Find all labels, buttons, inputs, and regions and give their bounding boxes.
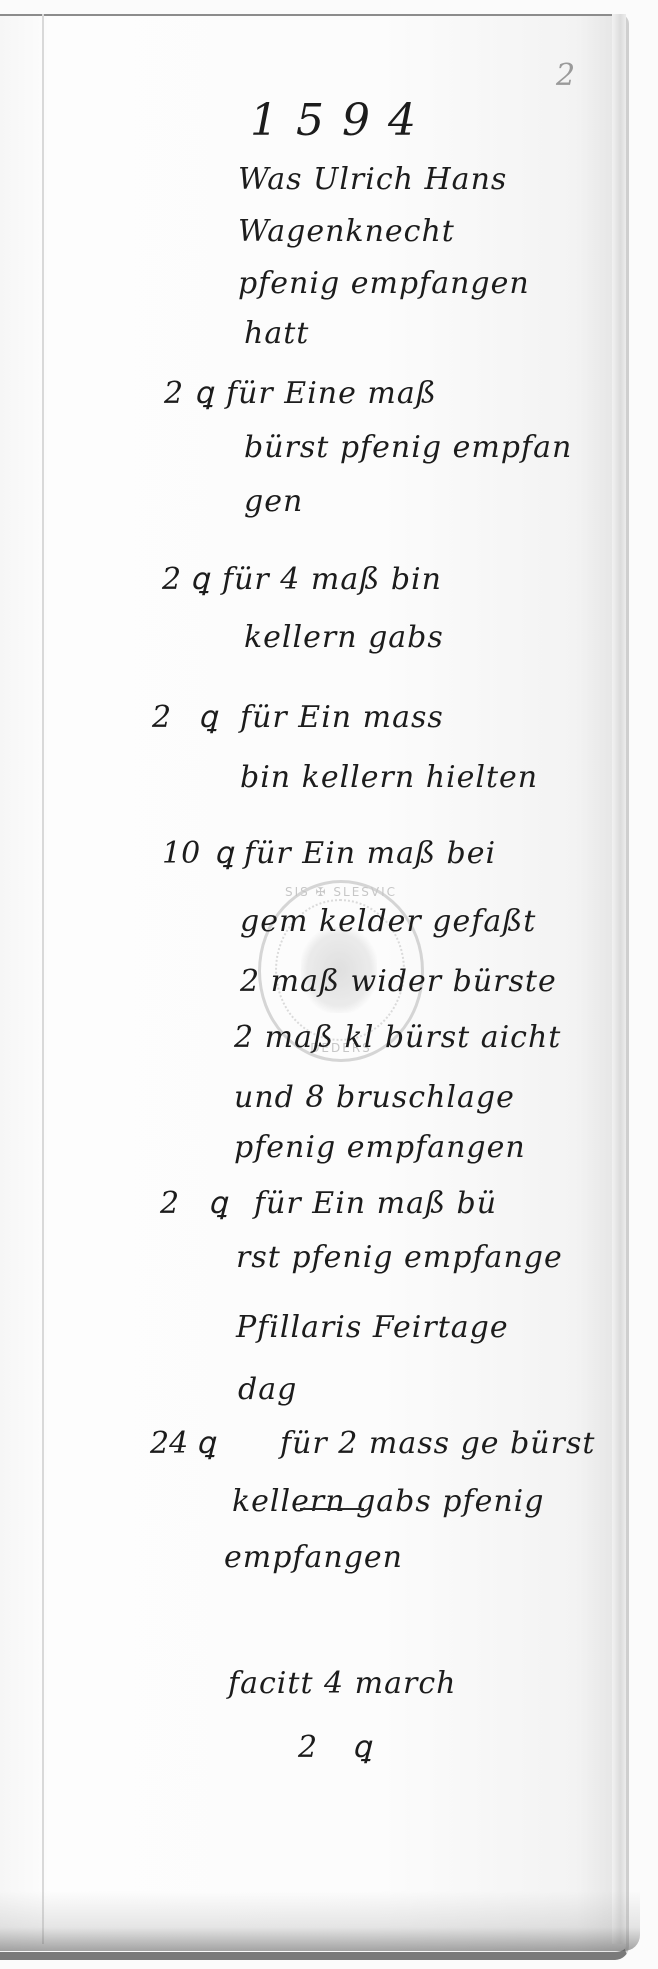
entry-line: für 4 maß bin: [222, 562, 442, 597]
heading-line: hatt: [244, 316, 309, 351]
folio-number: 2: [556, 58, 575, 93]
entry-line: für Ein maß bü: [254, 1186, 497, 1221]
entry-line: empfangen: [224, 1540, 403, 1575]
paper-right-edge: [612, 14, 626, 1944]
entry-line: pfenig empfangen: [234, 1130, 526, 1165]
entry-amount: 2: [164, 376, 183, 411]
heading-line: Was Ulrich Hans: [238, 162, 507, 197]
scan-background: 2 1594 Was Ulrich Hans Wagenknecht pfeni…: [0, 0, 658, 1969]
entry-line: dag: [238, 1372, 297, 1407]
entry-line: gem kelder gefaßt: [240, 904, 536, 939]
entry-line: kellern gabs: [244, 620, 444, 655]
heading-line: pfenig empfangen: [238, 266, 530, 301]
currency-symbol: ꝗ: [208, 1186, 227, 1221]
entry-line: 2 maß wider bürste: [240, 964, 557, 999]
entry-line: bürst pfenig empfan: [244, 430, 572, 465]
entry-line: für Eine maß: [226, 376, 437, 411]
entry-line: für Ein mass: [240, 700, 444, 735]
strikethrough-mark: [300, 1508, 364, 1510]
paper-bottom-edge: [0, 1891, 640, 1951]
entry-line: bin kellern hielten: [240, 760, 538, 795]
entry-amount: 2: [162, 562, 181, 597]
entry-line: kellern gabs pfenig: [232, 1484, 544, 1519]
heading-line: Wagenknecht: [238, 214, 455, 249]
entry-amount: 2: [152, 700, 171, 735]
entry-amount: 10: [162, 836, 200, 871]
fold-line: [42, 14, 44, 1944]
entry-line: rst pfenig empfange: [236, 1240, 563, 1275]
stamp-text-top: SIS ✠ SLESVIC: [261, 885, 421, 899]
currency-symbol: ꝗ: [190, 562, 209, 597]
entry-amount: 2: [160, 1186, 179, 1221]
total-amount: 2: [298, 1730, 317, 1765]
year-heading: 1594: [250, 95, 434, 146]
entry-line: gen: [244, 484, 303, 519]
currency-symbol: ꝗ: [194, 376, 213, 411]
entry-line: und 8 bruschlage: [234, 1080, 515, 1115]
entry-line: für Ein maß bei: [244, 836, 496, 871]
entry-line: 2 maß kl bürst aicht: [234, 1020, 561, 1055]
entry-line: für 2 mass ge bürst: [280, 1426, 595, 1461]
currency-symbol: ꝗ: [352, 1730, 371, 1765]
total-label: facitt 4 march: [228, 1666, 456, 1701]
currency-symbol: ꝗ: [196, 1426, 215, 1461]
entry-amount: 24: [150, 1426, 188, 1461]
currency-symbol: ꝗ: [214, 836, 233, 871]
entry-line: Pfillaris Feirtage: [236, 1310, 509, 1345]
currency-symbol: ꝗ: [198, 700, 217, 735]
